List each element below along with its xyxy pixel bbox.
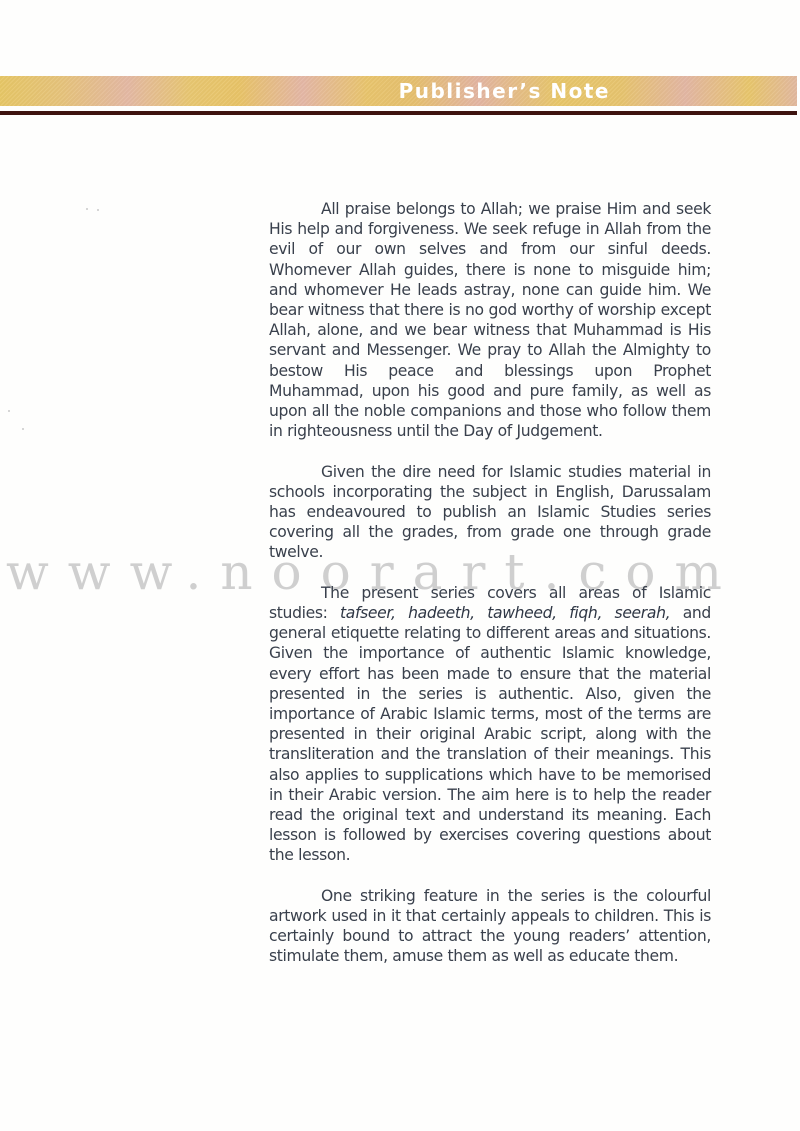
paragraph-praise: All praise belongs to Allah; we praise H…	[269, 199, 711, 441]
scan-speck	[8, 410, 10, 412]
paragraph-artwork: One striking feature in the series is th…	[269, 886, 711, 967]
scan-speck	[22, 428, 24, 430]
header-rule-divider	[0, 111, 797, 115]
page-title: Publisher’s Note	[399, 78, 610, 104]
publishers-note-body: All praise belongs to Allah; we praise H…	[269, 199, 711, 987]
paragraph-series-coverage: The present series covers all areas of I…	[269, 583, 711, 866]
paragraph-series-intro: Given the dire need for Islamic studies …	[269, 462, 711, 563]
scan-speck	[97, 209, 99, 211]
coverage-rest-text: and general etiquette relating to differ…	[269, 604, 711, 864]
coverage-italic-terms: tafseer, hadeeth, tawheed, fiqh, seerah,	[340, 604, 670, 622]
scan-speck	[86, 208, 88, 210]
